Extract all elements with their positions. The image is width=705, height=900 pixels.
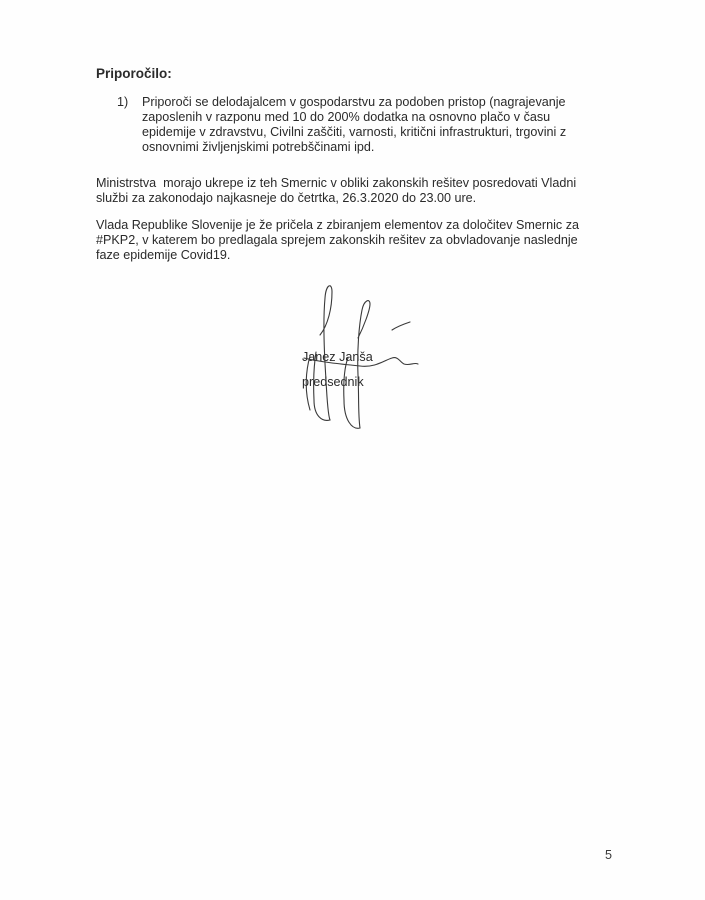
list-item-line: epidemije v zdravstvu, Civilni zaščiti, …: [142, 125, 637, 140]
paragraph-line: #PKP2, v katerem bo predlagala sprejem z…: [96, 233, 641, 248]
recommendation-list: 1) Priporoči se delodajalcem v gospodars…: [117, 95, 637, 155]
list-item: 1) Priporoči se delodajalcem v gospodars…: [117, 95, 637, 155]
list-item-line: zaposlenih v razponu med 10 do 200% doda…: [142, 110, 637, 125]
paragraph-deadline: Ministrstva morajo ukrepe iz teh Smernic…: [96, 176, 641, 206]
handwritten-signature: [280, 280, 440, 440]
list-item-line: Priporoči se delodajalcem v gospodarstvu…: [142, 95, 637, 110]
paragraph-line: Ministrstva morajo ukrepe iz teh Smernic…: [96, 176, 641, 191]
page-number: 5: [605, 848, 612, 862]
section-heading: Priporočilo:: [96, 66, 172, 81]
document-page: Priporočilo: 1) Priporoči se delodajalce…: [0, 0, 705, 900]
paragraph-line: službi za zakonodajo najkasneje do četrt…: [96, 191, 641, 206]
paragraph-line: faze epidemije Covid19.: [96, 248, 641, 263]
paragraph-line: Vlada Republike Slovenije je že pričela …: [96, 218, 641, 233]
list-item-number: 1): [117, 95, 128, 110]
paragraph-pkp2: Vlada Republike Slovenije je že pričela …: [96, 218, 641, 263]
list-item-line: osnovnimi življenjskimi potrebščinami ip…: [142, 140, 637, 155]
